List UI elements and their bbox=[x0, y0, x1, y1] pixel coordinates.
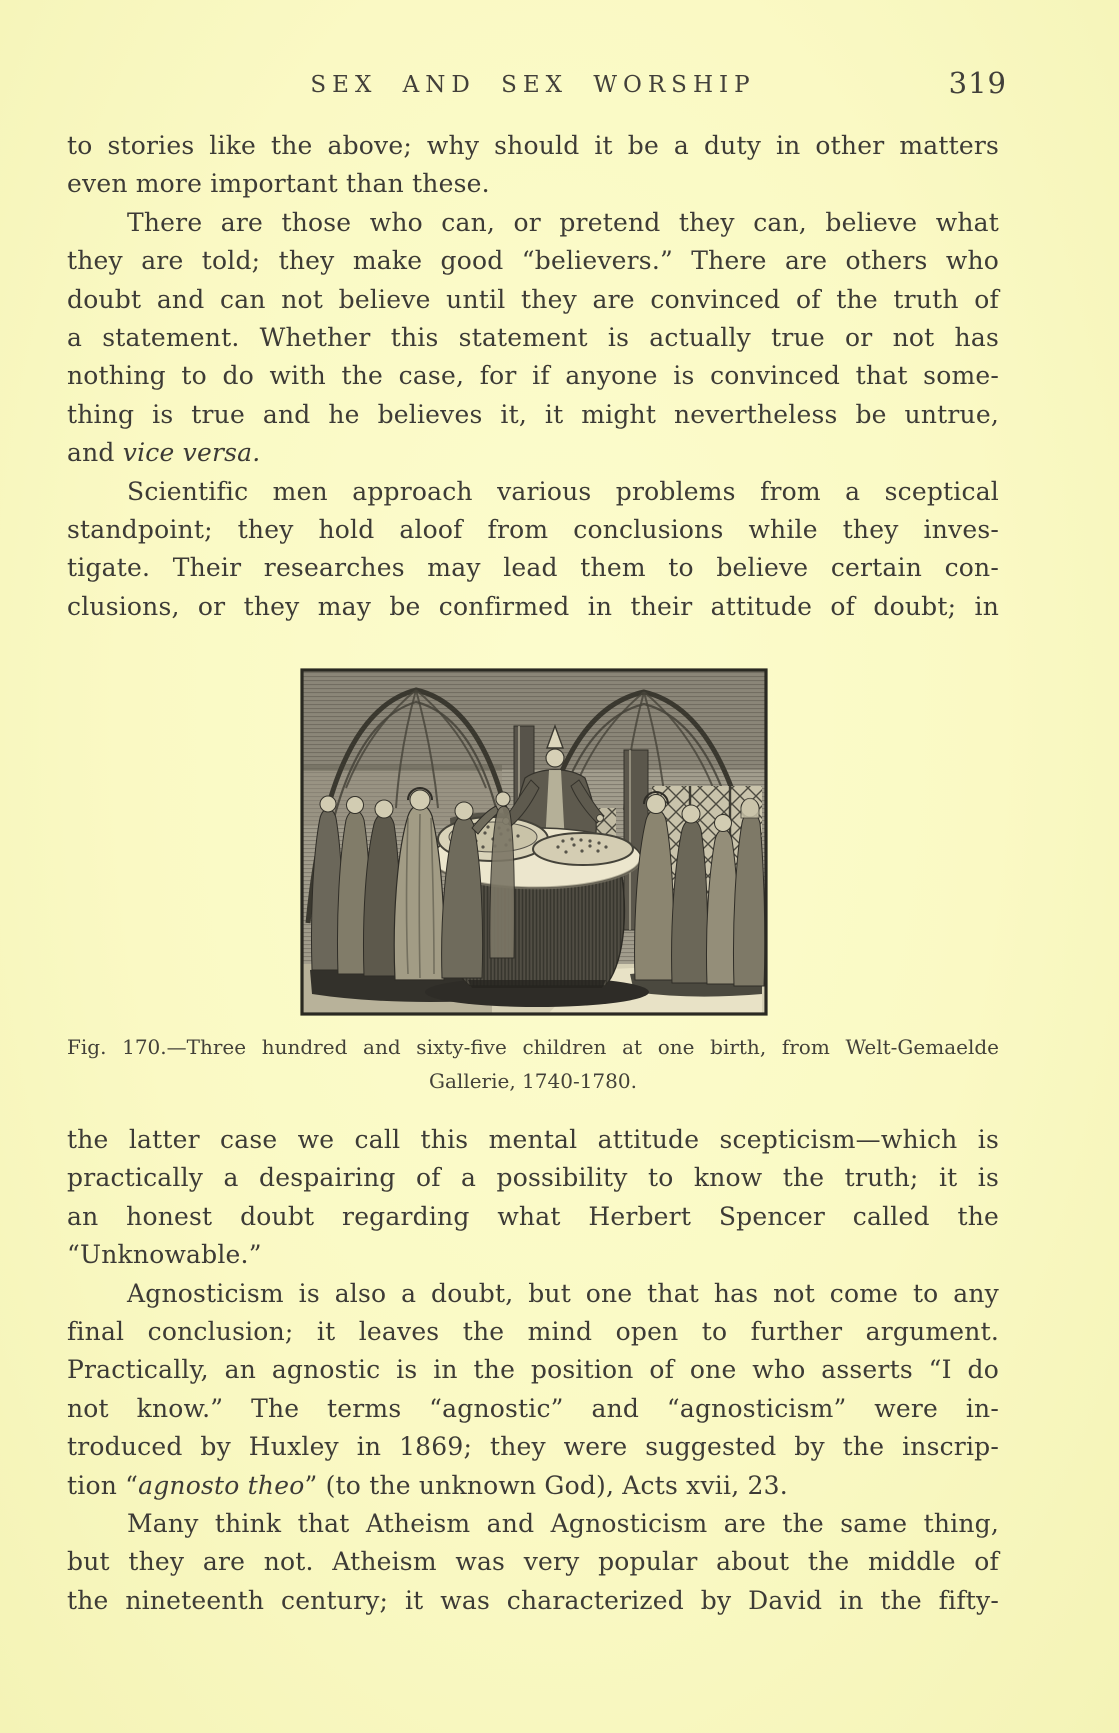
italic-text: agnosto theo bbox=[138, 1471, 304, 1500]
text-line: Practically, an agnostic is in the posit… bbox=[67, 1351, 999, 1389]
text-line: There are those who can, or pretend they… bbox=[67, 204, 999, 242]
running-head-title: SEX AND SEX WORSHIP bbox=[67, 72, 999, 98]
text-line: to stories like the above; why should it… bbox=[67, 127, 999, 165]
text-line: troduced by Huxley in 1869; they were su… bbox=[67, 1428, 999, 1466]
text-block-bottom: the latter case we call this mental atti… bbox=[67, 1121, 999, 1620]
figure-caption: Fig. 170.—Three hundred and sixty-five c… bbox=[67, 1030, 999, 1098]
text-segment: and bbox=[67, 438, 123, 467]
text-line: Scientific men approach various problems… bbox=[67, 473, 999, 511]
text-line: doubt and can not believe until they are… bbox=[67, 281, 999, 319]
text-line: thing is true and he believes it, it mig… bbox=[67, 396, 999, 434]
text-block-top: to stories like the above; why should it… bbox=[67, 127, 999, 626]
text-line: even more important than these. bbox=[67, 165, 999, 203]
text-line: tigate. Their researches may lead them t… bbox=[67, 549, 999, 587]
page-number: 319 bbox=[949, 66, 1007, 100]
text-line: a statement. Whether this statement is a… bbox=[67, 319, 999, 357]
engraving-illustration bbox=[300, 668, 768, 1016]
text-line: final conclusion; it leaves the mind ope… bbox=[67, 1313, 999, 1351]
text-line: and vice versa. bbox=[67, 434, 999, 472]
caption-line: Gallerie, 1740-1780. bbox=[67, 1064, 999, 1098]
text-line: not know.” The terms “agnostic” and “agn… bbox=[67, 1390, 999, 1428]
text-line: Many think that Atheism and Agnosticism … bbox=[67, 1505, 999, 1543]
text-line: they are told; they make good “believers… bbox=[67, 242, 999, 280]
text-segment: tion “ bbox=[67, 1471, 138, 1500]
text-line: the nineteenth century; it was character… bbox=[67, 1582, 999, 1620]
text-segment: ” (to the unknown God), Acts xvii, 23. bbox=[304, 1471, 787, 1500]
italic-text: vice versa. bbox=[123, 438, 261, 467]
text-line: tion “agnosto theo” (to the unknown God)… bbox=[67, 1467, 999, 1505]
text-line: “Unknowable.” bbox=[67, 1236, 999, 1274]
text-line: nothing to do with the case, for if anyo… bbox=[67, 357, 999, 395]
text-line: clusions, or they may be confirmed in th… bbox=[67, 588, 999, 626]
text-line: standpoint; they hold aloof from conclus… bbox=[67, 511, 999, 549]
book-page: SEX AND SEX WORSHIP 319 to stories like … bbox=[0, 0, 1119, 1733]
text-line: Agnosticism is also a doubt, but one tha… bbox=[67, 1275, 999, 1313]
text-line: the latter case we call this mental atti… bbox=[67, 1121, 999, 1159]
figure-engraving bbox=[300, 668, 768, 1016]
text-line: but they are not. Atheism was very popul… bbox=[67, 1543, 999, 1581]
caption-line: Fig. 170.—Three hundred and sixty-five c… bbox=[67, 1030, 999, 1064]
text-line: practically a despairing of a possibilit… bbox=[67, 1159, 999, 1197]
text-line: an honest doubt regarding what Herbert S… bbox=[67, 1198, 999, 1236]
